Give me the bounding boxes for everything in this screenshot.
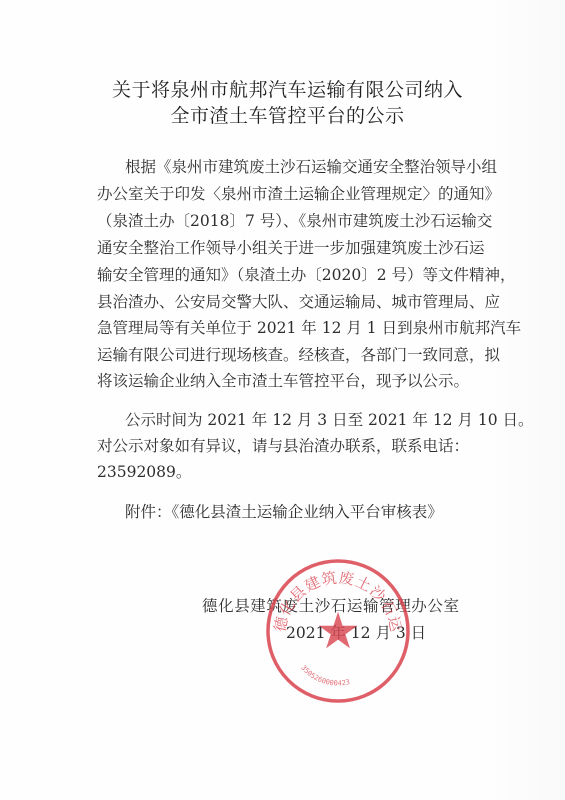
- body-line: 根据《泉州市建筑废土沙石运输交通安全整治领导小组: [125, 157, 482, 177]
- body-line: 急管理局等有关单位于 2021 年 12 月 1 日到泉州市航邦汽车: [97, 318, 482, 338]
- signature-date: 2021 年 12 月 3 日: [286, 621, 426, 643]
- document-title-line-1: 关于将泉州市航邦汽车运输有限公司纳入: [5, 75, 565, 102]
- signature-organization: 德化县建筑废土沙石运输管理办公室: [202, 594, 460, 616]
- body-line: 通安全整治工作领导小组关于进一步加强建筑废土沙石运: [97, 238, 482, 258]
- body-line: 将该运输企业纳入全市渣土车管控平台，现予以公示。: [97, 371, 482, 391]
- attachment-line: 附件：《德化县渣土运输企业纳入平台审核表》: [125, 502, 482, 522]
- body-line: 县治渣办、公安局交警大队、交通运输局、城市管理局、应: [97, 292, 482, 312]
- notice-period-line: 公示时间为 2021 年 12 月 3 日至 2021 年 12 月 10 日。: [125, 410, 482, 430]
- body-line: 办公室关于印发〈泉州市渣土运输企业管理规定〉的通知》: [97, 184, 482, 204]
- document-page: 关于将泉州市航邦汽车运输有限公司纳入 全市渣土车管控平台的公示 根据《泉州市建筑…: [0, 0, 565, 800]
- body-line: 运输有限公司进行现场核查。经核查，各部门一致同意，拟: [97, 345, 482, 365]
- body-line: 输安全管理的通知》（泉渣土办〔2020〕2 号）等文件精神，: [97, 265, 482, 285]
- svg-text:3505260000423: 3505260000423: [299, 664, 351, 688]
- notice-phone-line: 23592089。: [97, 462, 482, 482]
- notice-contact-line: 对公示对象如有异议，请与县治渣办联系，联系电话：: [97, 436, 482, 456]
- document-title-line-2: 全市渣土车管控平台的公示: [5, 101, 565, 128]
- body-line: （泉渣土办〔2018〕7 号）、《泉州市建筑废土沙石运输交: [97, 211, 482, 231]
